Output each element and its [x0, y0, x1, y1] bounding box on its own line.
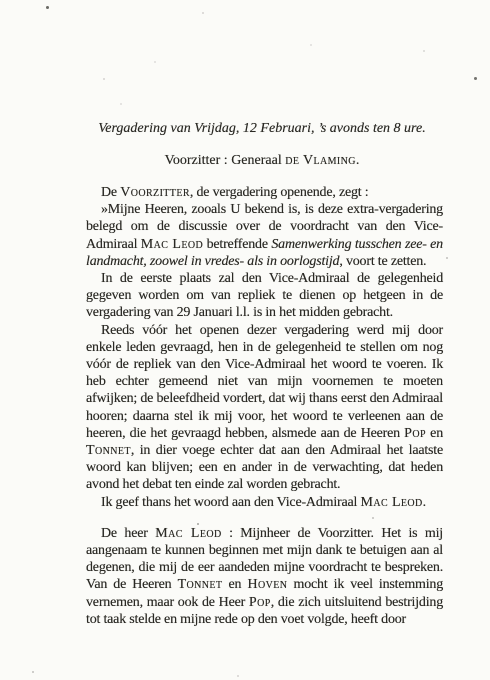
small-caps-name: Hoven	[248, 577, 288, 592]
small-caps-name: de Vlaming	[285, 153, 356, 168]
scan-speck	[103, 78, 105, 80]
scan-speck	[154, 61, 156, 63]
scan-speck	[237, 675, 239, 677]
text-run: , in dier voege echter dat aan den Admir…	[86, 443, 443, 492]
text-run: In de eerste plaats zal den Vice-Admiraa…	[86, 271, 443, 320]
paragraph: »Mijne Heeren, zooals U bekend is, is de…	[86, 201, 443, 270]
text-run: en	[426, 426, 443, 441]
scan-speck	[120, 103, 122, 105]
scan-speck	[310, 44, 312, 46]
text-run: en	[222, 577, 247, 592]
small-caps-name: Mac Leod	[141, 237, 203, 252]
scan-speck	[32, 671, 34, 673]
paragraph: In de eerste plaats zal den Vice-Admiraa…	[86, 270, 443, 322]
small-caps-name: Mac Leod	[155, 526, 221, 541]
text-run: Voorzitter : Generaal	[165, 153, 286, 168]
body-text: De Voorzitter, de vergadering openende, …	[86, 184, 443, 628]
scanned-page: Vergadering van Vrijdag, 12 Februari, ’s…	[0, 0, 490, 680]
session-date-heading: Vergadering van Vrijdag, 12 Februari, ’s…	[82, 120, 442, 137]
text-run: De	[101, 185, 120, 200]
chairman-heading: Voorzitter : Generaal de Vlaming.	[82, 152, 442, 169]
paragraph: De Voorzitter, de vergadering openende, …	[86, 184, 443, 201]
text-run: Ik geef thans het woord aan den Vice-Adm…	[101, 495, 361, 510]
scan-speck	[423, 50, 425, 52]
paragraph: Reeds vóór het openen dezer vergadering …	[86, 322, 443, 494]
small-caps-name: Voorzitter	[120, 185, 190, 200]
text-run: .	[356, 153, 360, 168]
scan-speck	[446, 257, 448, 259]
paragraph: Ik geef thans het woord aan den Vice-Adm…	[86, 494, 443, 511]
small-caps-name: Tonnet	[178, 577, 223, 592]
scan-speck	[46, 6, 49, 9]
text-run: , voort te zetten.	[339, 254, 426, 269]
small-caps-name: Mac Leod	[361, 495, 423, 510]
text-run: De heer	[101, 526, 155, 541]
text-run: Reeds vóór het openen dezer vergadering …	[86, 323, 443, 441]
small-caps-name: Pop	[404, 426, 426, 441]
small-caps-name: Tonnet	[86, 443, 131, 458]
small-caps-name: Pop	[249, 595, 271, 610]
text-run: .	[423, 495, 426, 510]
text-run: , de vergadering openende, zegt :	[190, 185, 369, 200]
scan-speck	[474, 77, 477, 80]
scan-speck	[202, 12, 204, 14]
text-run: betreffende	[203, 237, 271, 252]
paragraph: De heer Mac Leod : Mijnheer de Voorzitte…	[86, 525, 443, 628]
